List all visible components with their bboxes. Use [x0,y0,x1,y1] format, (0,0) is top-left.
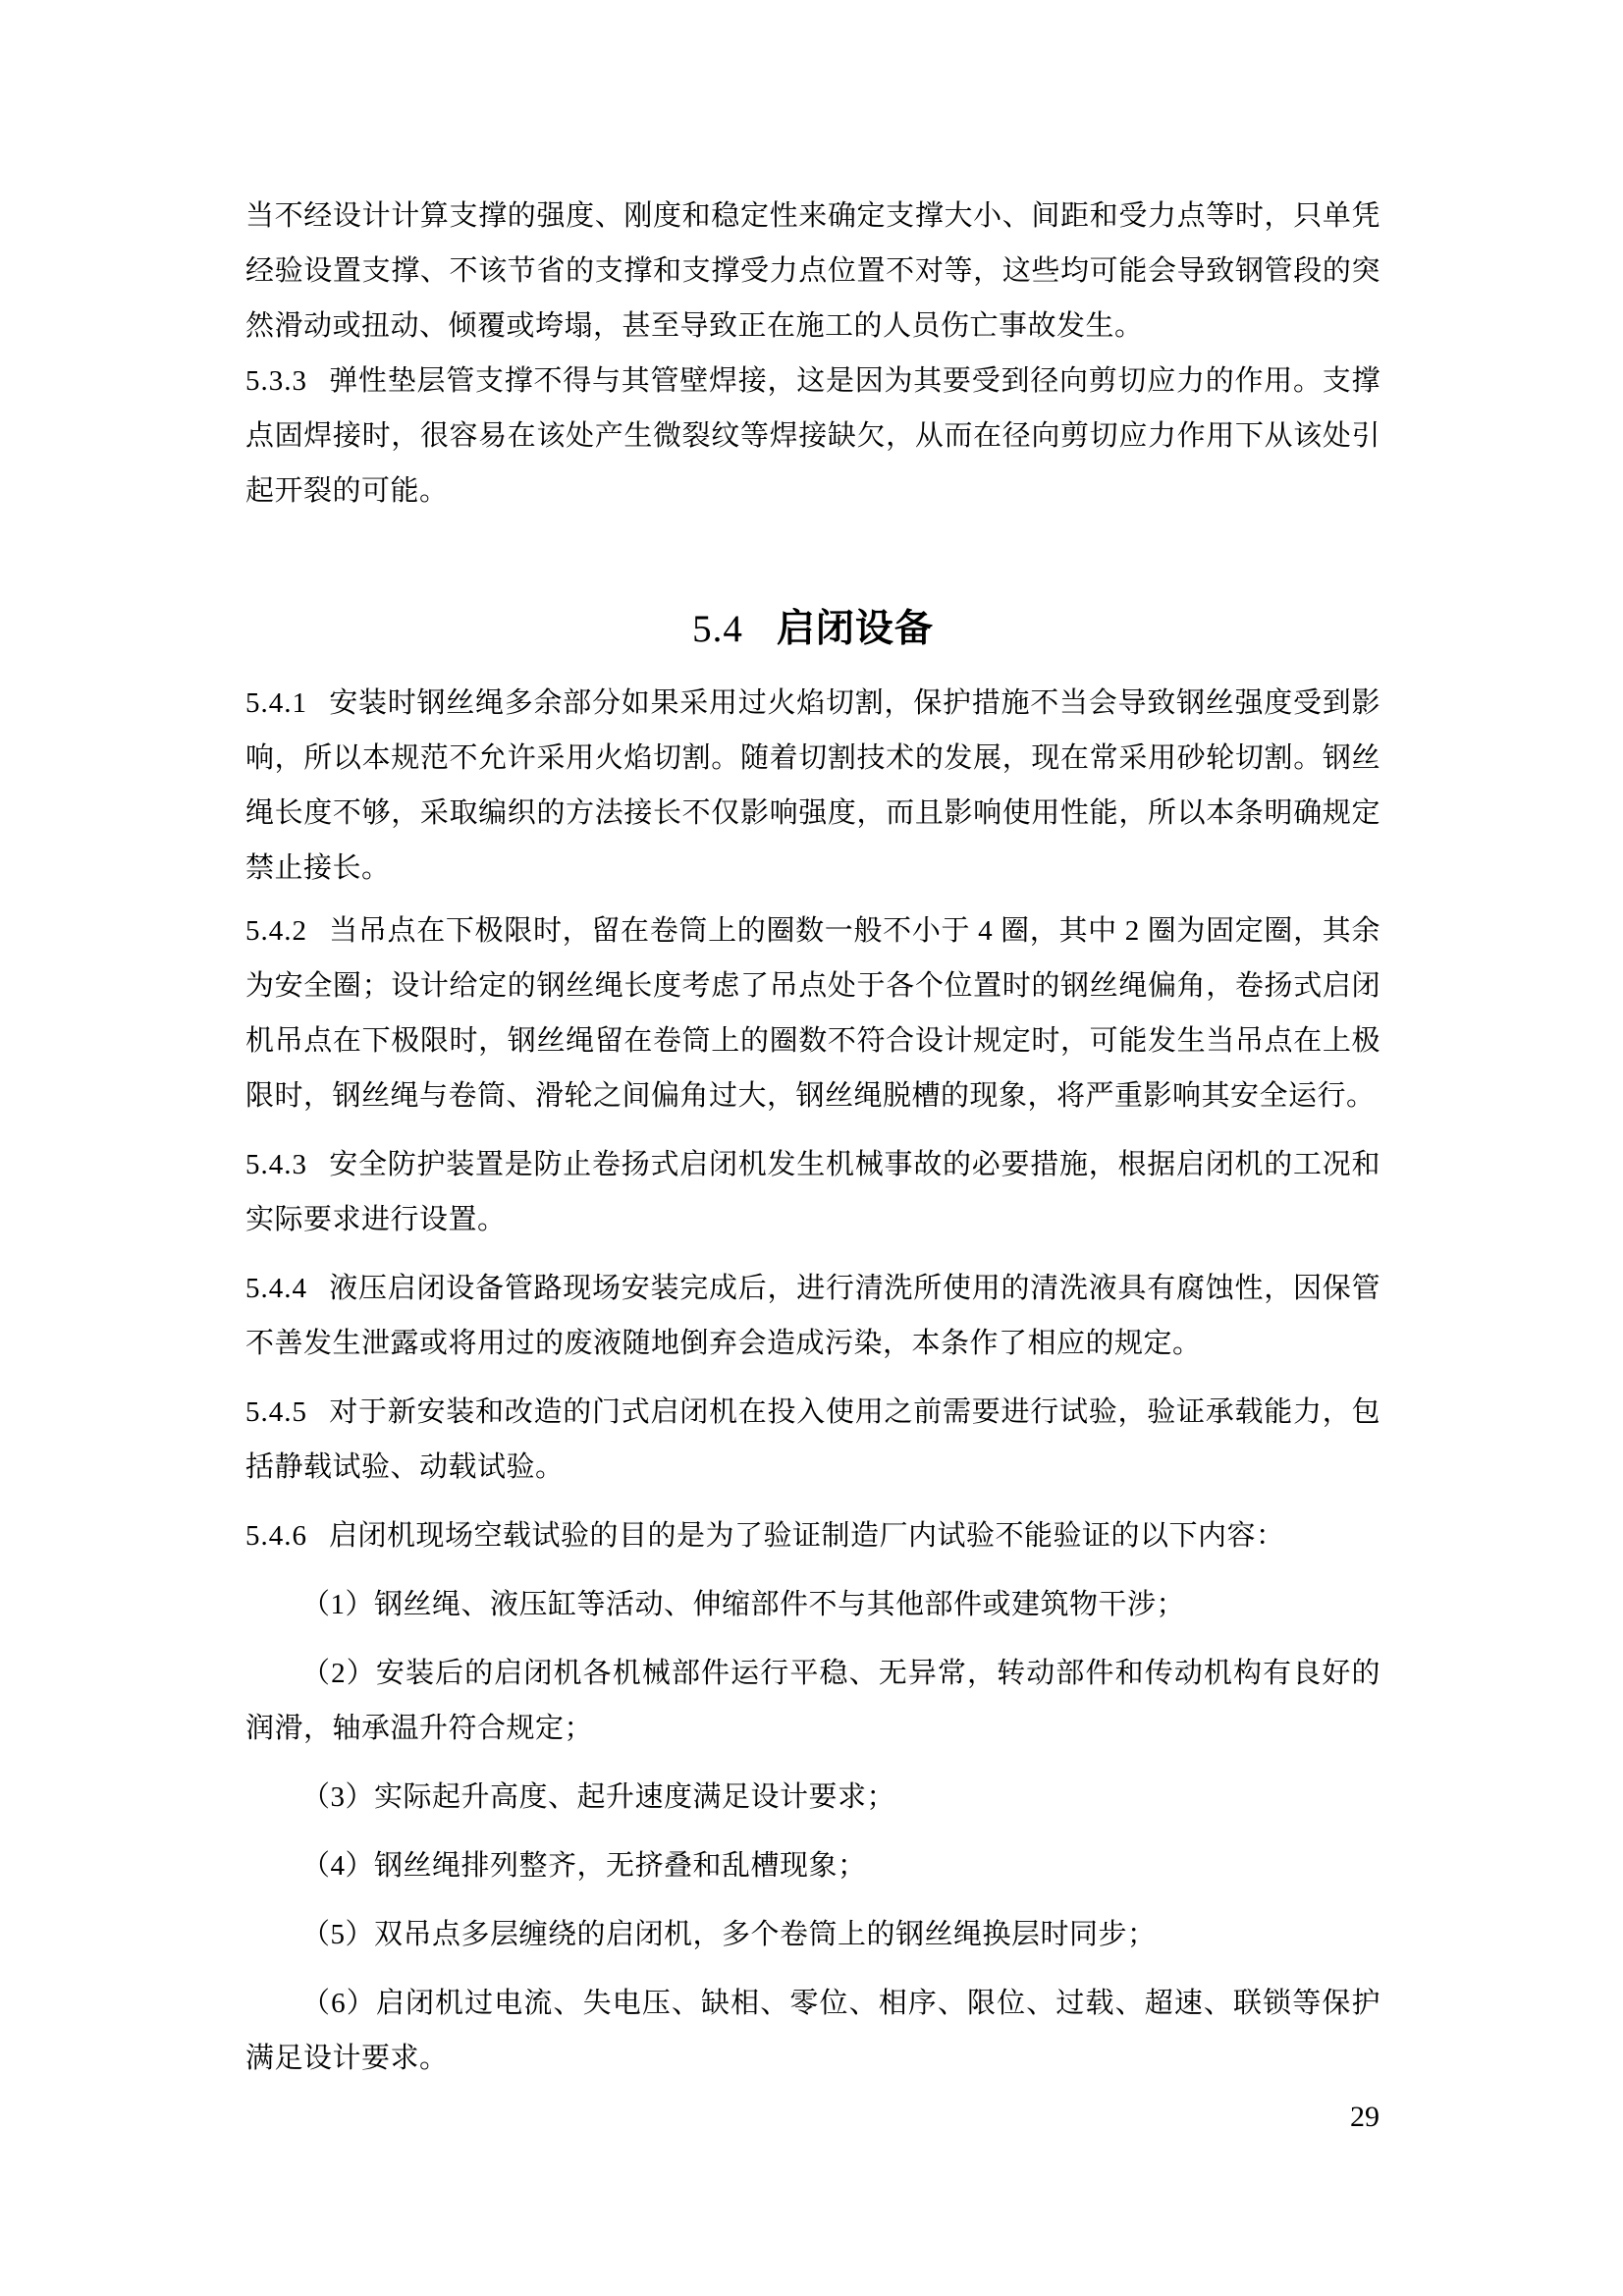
document-body: 当不经设计计算支撑的强度、刚度和稳定性来确定支撑大小、间距和受力点等时，只单凭经… [245,189,1380,2086]
section-heading-title: 启闭设备 [777,608,934,650]
clause-5-4-1-text: 安装时钢丝绳多余部分如果采用过火焰切割，保护措施不当会导致钢丝强度受到影响，所以… [245,687,1380,884]
list-item-3: （3）实际起升高度、起升速度满足设计要求； [245,1770,1380,1825]
list-item-6: （6）启闭机过电流、失电压、缺相、零位、相序、限位、过载、超速、联锁等保护满足设… [245,1976,1380,2086]
clause-5-4-3: 5.4.3安全防护装置是防止卷扬式启闭机发生机械事故的必要措施，根据启闭机的工况… [245,1137,1380,1247]
clause-5-4-4-text: 液压启闭设备管路现场安装完成后，进行清洗所使用的清洗液具有腐蚀性，因保管不善发生… [245,1273,1380,1359]
clause-5-4-2: 5.4.2当吊点在下极限时，留在卷筒上的圈数一般不小于 4 圈，其中 2 圈为固… [245,903,1380,1123]
clause-5-4-6-text: 启闭机现场空载试验的目的是为了验证制造厂内试验不能验证的以下内容： [329,1520,1285,1552]
clause-5-4-5-text: 对于新安装和改造的门式启闭机在投入使用之前需要进行试验，验证承载能力，包括静载试… [245,1396,1380,1483]
clause-5-4-2-number: 5.4.2 [245,903,307,958]
clause-5-3-3: 5.3.3弹性垫层管支撑不得与其管壁焊接，这是因为其要受到径向剪切应力的作用。支… [245,354,1380,519]
document-page: 当不经设计计算支撑的强度、刚度和稳定性来确定支撑大小、间距和受力点等时，只单凭经… [0,0,1623,2296]
clause-5-3-3-text: 弹性垫层管支撑不得与其管壁焊接，这是因为其要受到径向剪切应力的作用。支撑点固焊接… [245,365,1380,507]
clause-5-4-4-number: 5.4.4 [245,1261,307,1316]
clause-5-4-6: 5.4.6启闭机现场空载试验的目的是为了验证制造厂内试验不能验证的以下内容： [245,1508,1380,1563]
clause-5-4-5-number: 5.4.5 [245,1385,307,1440]
continuation-paragraph: 当不经设计计算支撑的强度、刚度和稳定性来确定支撑大小、间距和受力点等时，只单凭经… [245,189,1380,354]
clause-5-4-1: 5.4.1安装时钢丝绳多余部分如果采用过火焰切割，保护措施不当会导致钢丝强度受到… [245,676,1380,896]
clause-5-4-3-text: 安全防护装置是防止卷扬式启闭机发生机械事故的必要措施，根据启闭机的工况和实际要求… [245,1149,1380,1235]
section-heading-number: 5.4 [692,608,743,650]
clause-5-4-2-text: 当吊点在下极限时，留在卷筒上的圈数一般不小于 4 圈，其中 2 圈为固定圈，其余… [245,915,1380,1112]
clause-5-4-4: 5.4.4液压启闭设备管路现场安装完成后，进行清洗所使用的清洗液具有腐蚀性，因保… [245,1261,1380,1371]
clause-5-3-3-number: 5.3.3 [245,354,307,409]
list-item-2: （2）安装后的启闭机各机械部件运行平稳、无异常，转动部件和传动机构有良好的润滑，… [245,1646,1380,1756]
section-heading-5-4: 5.4启闭设备 [245,601,1380,658]
page-number: 29 [1350,2100,1380,2135]
list-item-1: （1）钢丝绳、液压缸等活动、伸缩部件不与其他部件或建筑物干涉； [245,1577,1380,1632]
clause-5-4-5: 5.4.5对于新安装和改造的门式启闭机在投入使用之前需要进行试验，验证承载能力，… [245,1385,1380,1495]
list-item-4: （4）钢丝绳排列整齐，无挤叠和乱槽现象； [245,1838,1380,1893]
list-item-5: （5）双吊点多层缠绕的启闭机，多个卷筒上的钢丝绳换层时同步； [245,1907,1380,1962]
clause-5-4-6-number: 5.4.6 [245,1508,307,1563]
clause-5-4-1-number: 5.4.1 [245,676,307,731]
clause-5-4-3-number: 5.4.3 [245,1137,307,1192]
